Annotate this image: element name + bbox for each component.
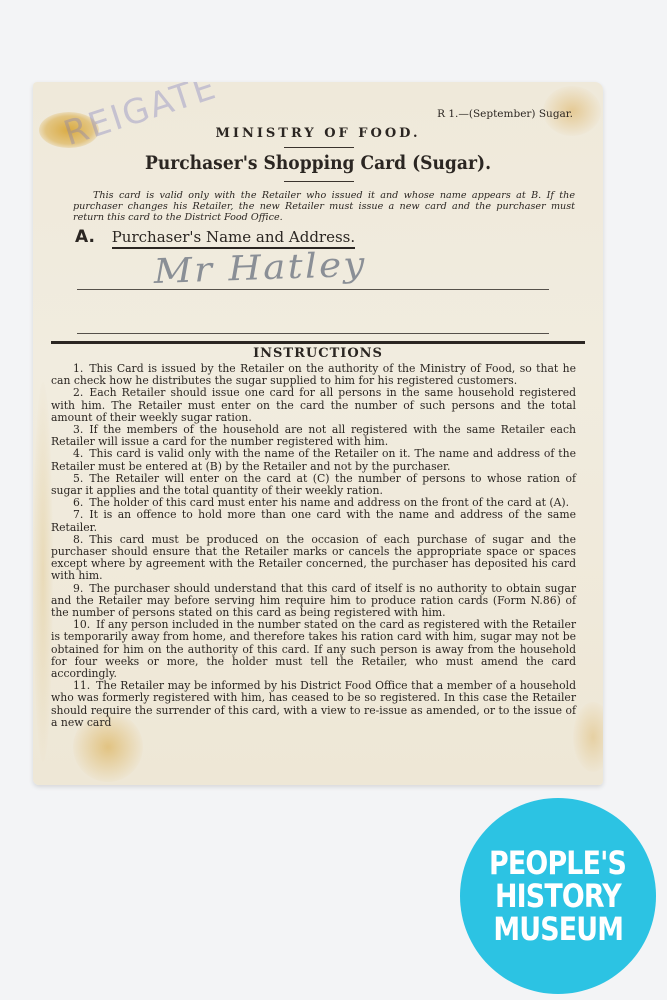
- instruction-number: 3.: [73, 423, 83, 436]
- instruction-text: The purchaser should understand that thi…: [51, 582, 576, 619]
- form-reference: R 1.—(September) Sugar.: [437, 108, 573, 120]
- instruction-number: 1.: [73, 362, 83, 375]
- instructions-list: 1.This Card is issued by the Retailer on…: [51, 363, 576, 729]
- instruction-text: This Card is issued by the Retailer on t…: [51, 362, 576, 387]
- instruction-number: 9.: [73, 582, 83, 595]
- handwritten-name: Mr Hatley: [153, 245, 367, 292]
- instruction-text: If the members of the household are not …: [51, 423, 576, 448]
- instruction-item: 7.It is an offence to hold more than one…: [51, 509, 576, 533]
- instruction-item: 4.This card is valid only with the name …: [51, 448, 576, 472]
- instruction-item: 11.The Retailer may be informed by his D…: [51, 680, 576, 729]
- stain-mark: [573, 702, 603, 772]
- instruction-number: 6.: [73, 496, 83, 509]
- instruction-text: This card must be produced on the occasi…: [51, 533, 576, 583]
- instruction-number: 7.: [73, 508, 83, 521]
- section-a-heading: A. Purchaser's Name and Address.: [75, 227, 355, 247]
- instruction-text: The holder of this card must enter his n…: [89, 496, 569, 509]
- instruction-item: 3.If the members of the household are no…: [51, 424, 576, 448]
- instruction-number: 10.: [73, 618, 90, 631]
- sugar-shopping-card: REIGATE R 1.—(September) Sugar. MINISTRY…: [33, 82, 603, 785]
- ministry-heading: MINISTRY OF FOOD.: [33, 126, 603, 141]
- instruction-text: If any person included in the number sta…: [51, 618, 576, 680]
- address-line: [77, 333, 549, 334]
- instruction-text: This card is valid only with the name of…: [51, 447, 576, 472]
- instruction-text: It is an offence to hold more than one c…: [51, 508, 576, 533]
- instruction-item: 1.This Card is issued by the Retailer on…: [51, 363, 576, 387]
- instruction-item: 10.If any person included in the number …: [51, 619, 576, 680]
- divider: [284, 147, 354, 148]
- card-title: Purchaser's Shopping Card (Sugar).: [62, 152, 575, 174]
- reigate-stamp: REIGATE: [59, 82, 222, 154]
- validity-notice: This card is valid only with the Retaile…: [73, 190, 575, 223]
- instruction-item: 2.Each Retailer should issue one card fo…: [51, 387, 576, 424]
- badge-line: PEOPLE'S: [490, 847, 627, 880]
- badge-line: MUSEUM: [493, 913, 623, 946]
- instruction-number: 8.: [73, 533, 83, 546]
- instruction-item: 5.The Retailer will enter on the card at…: [51, 473, 576, 497]
- divider: [284, 181, 354, 182]
- stain-mark: [33, 382, 53, 762]
- divider: [51, 341, 585, 344]
- instructions-heading: INSTRUCTIONS: [33, 346, 603, 361]
- instruction-item: 8.This card must be produced on the occa…: [51, 534, 576, 583]
- peoples-history-museum-badge: PEOPLE'S HISTORY MUSEUM: [460, 798, 656, 994]
- instruction-number: 5.: [73, 472, 83, 485]
- instruction-item: 9.The purchaser should understand that t…: [51, 583, 576, 620]
- instruction-number: 4.: [73, 447, 83, 460]
- instruction-text: The Retailer will enter on the card at (…: [51, 472, 576, 497]
- address-line: [77, 289, 549, 290]
- section-letter: A.: [75, 227, 95, 247]
- badge-line: HISTORY: [495, 880, 621, 913]
- instruction-number: 2.: [73, 386, 83, 399]
- instruction-number: 11.: [73, 679, 90, 692]
- instruction-text: The Retailer may be informed by his Dist…: [51, 679, 576, 729]
- instruction-text: Each Retailer should issue one card for …: [51, 386, 576, 423]
